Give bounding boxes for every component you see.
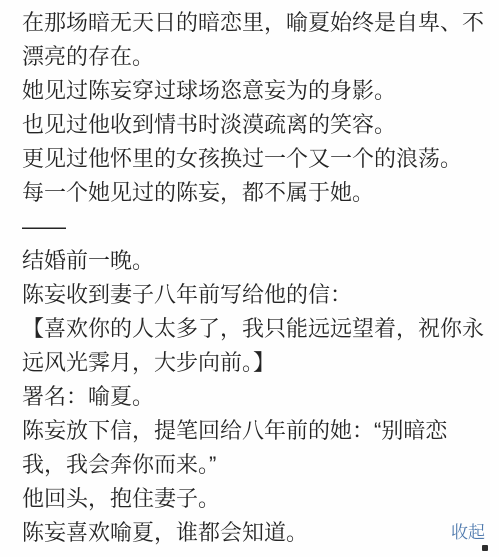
story-paragraph: 【喜欢你的人太多了，我只能远远望着，祝你永远风光霁月，大步向前。】 xyxy=(22,312,485,380)
story-paragraph: 在那场暗无天日的暗恋里，喻夏始终是自卑、不漂亮的存在。 xyxy=(22,6,485,74)
story-post: 在那场暗无天日的暗恋里，喻夏始终是自卑、不漂亮的存在。 她见过陈妄穿过球场恣意妄… xyxy=(0,0,499,557)
story-paragraph: 陈妄喜欢喻夏，谁都会知道。 xyxy=(22,516,308,550)
collapse-link[interactable]: 收起 xyxy=(451,516,485,550)
dash-separator: —— xyxy=(22,210,485,244)
corner-dot xyxy=(482,545,488,551)
story-paragraph: 也见过他收到情书时淡漠疏离的笑容。 xyxy=(22,108,485,142)
story-paragraph: 陈妄放下信，提笔回给八年前的她：“别暗恋我，我会奔你而来。” xyxy=(22,414,485,482)
story-paragraph: 结婚前一晚。 xyxy=(22,244,485,278)
story-paragraph: 署名：喻夏。 xyxy=(22,380,485,414)
story-last-row: 陈妄喜欢喻夏，谁都会知道。 收起 xyxy=(22,516,485,550)
story-paragraph: 陈妄收到妻子八年前写给他的信： xyxy=(22,278,485,312)
story-text: 在那场暗无天日的暗恋里，喻夏始终是自卑、不漂亮的存在。 她见过陈妄穿过球场恣意妄… xyxy=(0,0,499,550)
story-paragraph: 她见过陈妄穿过球场恣意妄为的身影。 xyxy=(22,74,485,108)
story-paragraph: 更见过他怀里的女孩换过一个又一个的浪荡。 xyxy=(22,142,485,176)
story-paragraph: 每一个她见过的陈妄，都不属于她。 xyxy=(22,176,485,210)
story-paragraph: 他回头，抱住妻子。 xyxy=(22,482,485,516)
